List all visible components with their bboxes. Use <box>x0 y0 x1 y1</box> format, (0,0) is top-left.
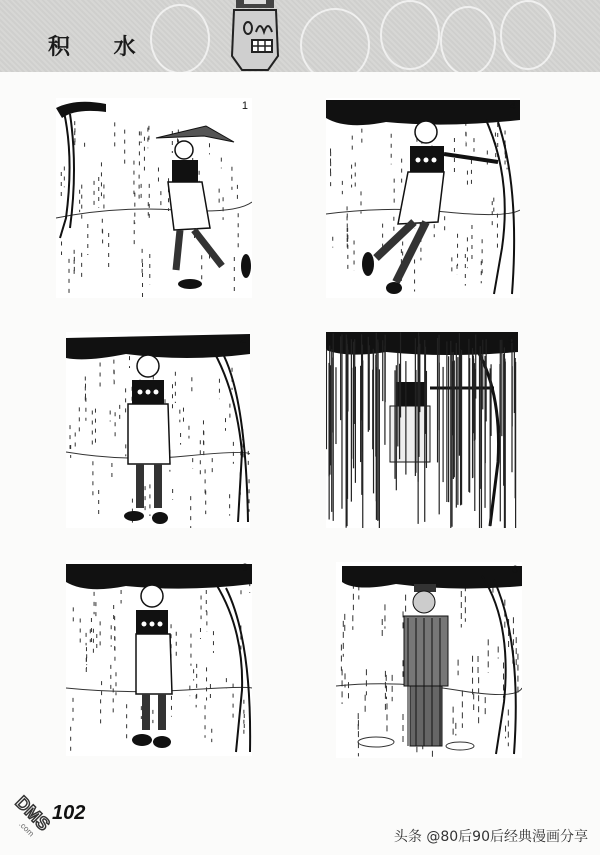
source-watermark: 头条 @80后90后经典漫画分享 <box>394 826 588 846</box>
banner-character-outline <box>500 0 556 70</box>
panel-6-art <box>336 562 522 758</box>
panel-number: 5 <box>508 334 514 346</box>
banner-character-outline <box>150 4 210 72</box>
comic-panel-4: 4 <box>326 98 520 298</box>
panel-5-art <box>326 332 518 528</box>
panel-number: 2 <box>240 334 246 346</box>
panel-number: 6 <box>512 564 518 576</box>
page-number: 102 <box>52 802 85 825</box>
mascot-face-icon <box>228 0 282 72</box>
panel-number: 3 <box>242 562 248 574</box>
banner-character-outline <box>300 8 370 72</box>
banner-character-outline <box>380 0 440 70</box>
panel-number: 4 <box>510 100 516 112</box>
comic-panel-1: 1 <box>56 98 252 298</box>
panel-2-art <box>66 332 250 528</box>
panel-number: 1 <box>242 100 248 112</box>
panel-1-art <box>56 98 252 298</box>
comic-panel-2: 2 <box>66 332 250 528</box>
page-title: 积 水 <box>48 30 154 61</box>
panel-3-art <box>66 560 252 756</box>
panel-4-art <box>326 98 520 298</box>
page-header: 积 水 <box>0 0 600 72</box>
comic-panel-5: 5 <box>326 332 518 528</box>
comic-panel-3: 3 <box>66 560 252 756</box>
banner-character-outline <box>440 6 496 72</box>
comic-panel-6: 6 <box>336 562 522 758</box>
